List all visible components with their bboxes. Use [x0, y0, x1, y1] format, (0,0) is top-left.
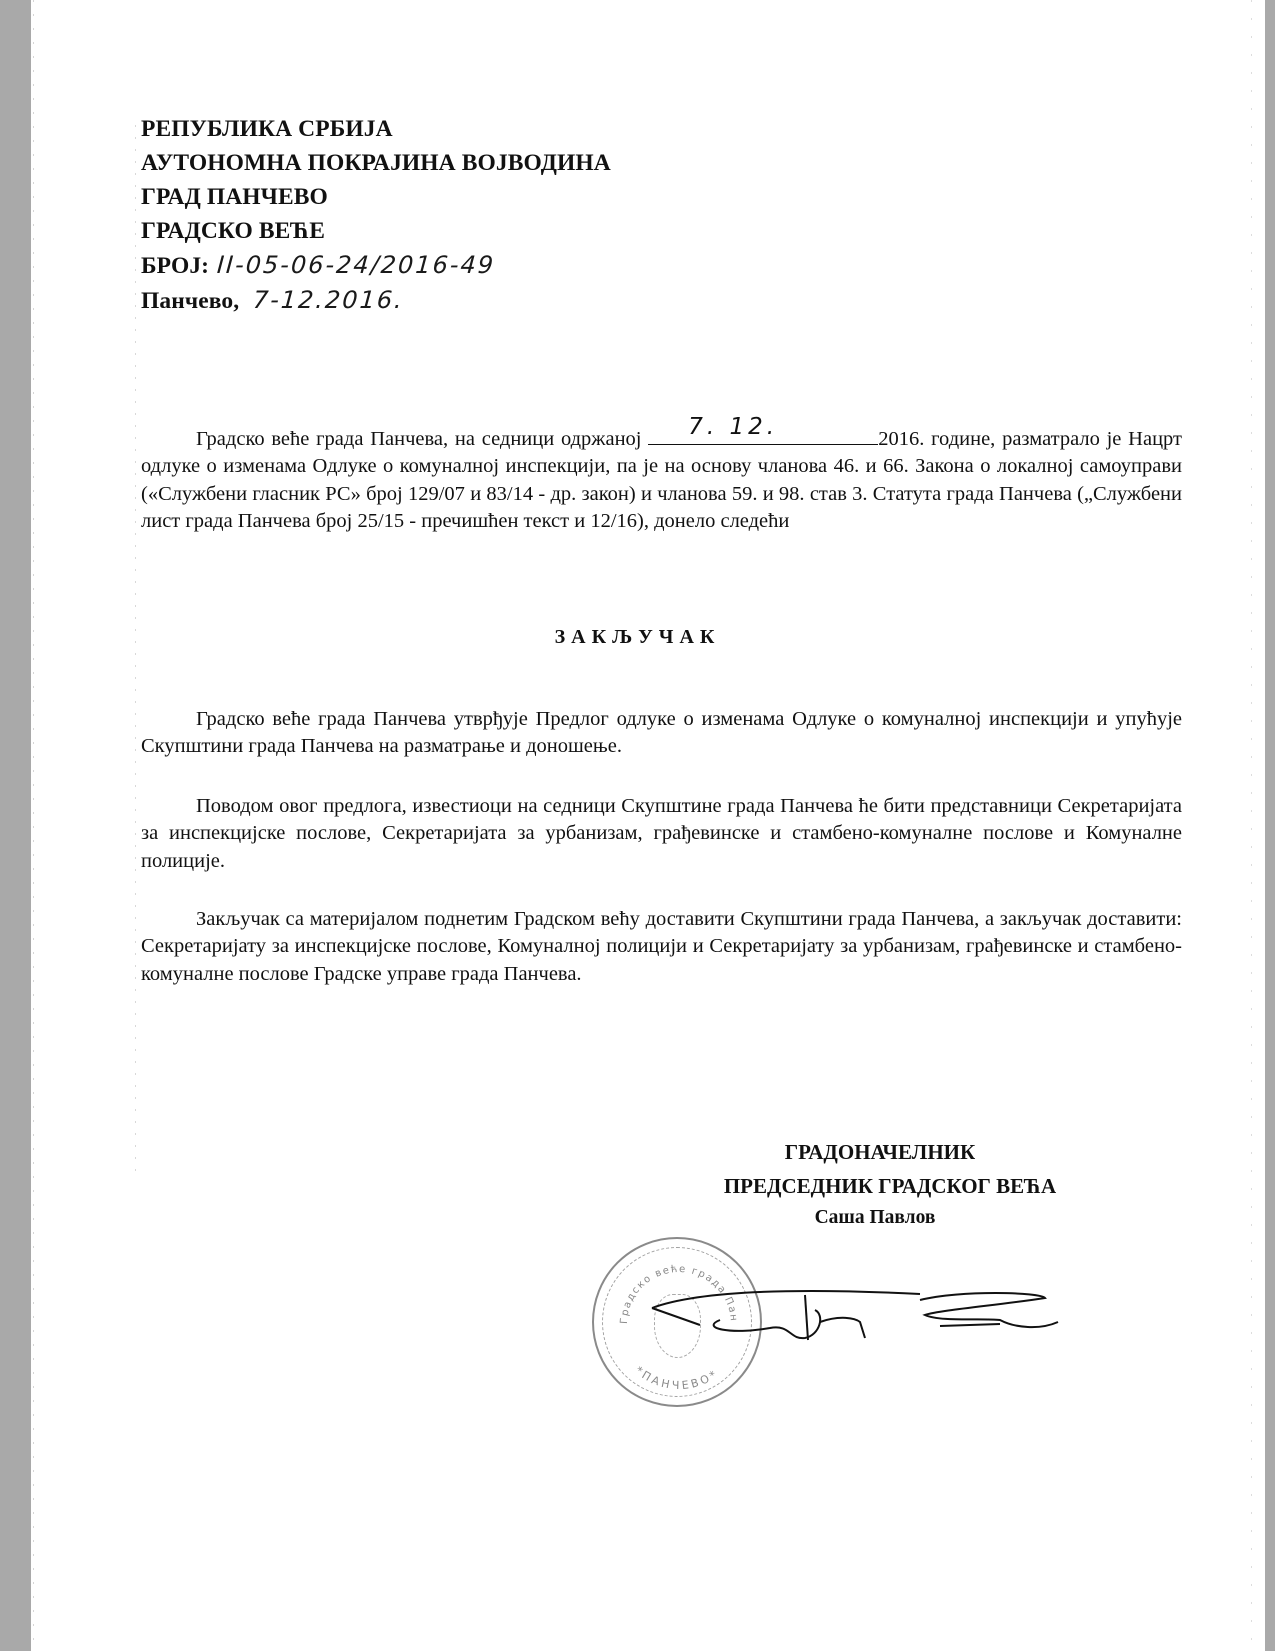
- header-province: АУТОНОМНА ПОКРАЈИНА ВОЈВОДИНА: [141, 146, 611, 180]
- signatory-name: Саша Павлов: [670, 1203, 1080, 1233]
- number-value-handwritten: II-05-06-24/2016-49: [216, 248, 497, 282]
- signatory-title-mayor: ГРАДОНАЧЕЛНИК: [680, 1135, 1080, 1169]
- scan-edge-left: [0, 0, 31, 1651]
- handwritten-signature: [640, 1280, 1060, 1350]
- scan-edge-right: [1265, 0, 1275, 1651]
- signatory-title-president: ПРЕДСЕДНИК ГРАДСКОГ ВЕЋА: [700, 1169, 1080, 1203]
- intro-text-start: Градско веће града Панчева, на седници о…: [196, 428, 642, 450]
- header-council: ГРАДСКО ВЕЋЕ: [141, 214, 611, 248]
- intro-paragraph: Градско веће града Панчева, на седници о…: [141, 424, 1182, 536]
- session-date-handwritten: 7. 12.: [688, 414, 778, 441]
- document-number: БРОЈ:II-05-06-24/2016-49: [141, 248, 611, 283]
- date-value-handwritten: 7-12.2016.: [252, 283, 405, 317]
- header-country: РЕПУБЛИКА СРБИЈА: [141, 112, 611, 146]
- header-city: ГРАД ПАНЧЕВО: [141, 180, 611, 214]
- paragraph-3-text: Закључак са материјалом поднетим Градско…: [141, 908, 1182, 985]
- paragraph-3: Закључак са материјалом поднетим Градско…: [141, 906, 1182, 988]
- scan-artifact: [1251, 0, 1252, 1651]
- scan-artifact: [33, 0, 34, 1651]
- paragraph-2-text: Поводом овог предлога, известиоци на сед…: [141, 795, 1182, 872]
- document-place-date: Панчево,7-12.2016.: [141, 283, 611, 318]
- paragraph-1-text: Градско веће града Панчева утврђује Пред…: [141, 708, 1182, 757]
- paragraph-2: Поводом овог предлога, известиоци на сед…: [141, 793, 1182, 875]
- place-label: Панчево,: [141, 288, 239, 314]
- scan-artifact: [135, 125, 136, 1175]
- number-label: БРОЈ:: [141, 253, 209, 279]
- signature-block: ГРАДОНАЧЕЛНИК ПРЕДСЕДНИК ГРАДСКОГ ВЕЋА С…: [680, 1135, 1080, 1233]
- document-title: ЗАКЉУЧАК: [0, 626, 1275, 649]
- svg-text:*ПАНЧЕВО*: *ПАНЧЕВО*: [633, 1364, 722, 1392]
- session-date-blank: 7. 12.: [648, 424, 878, 445]
- paragraph-1: Градско веће града Панчева утврђује Пред…: [141, 706, 1182, 761]
- document-header: РЕПУБЛИКА СРБИЈА АУТОНОМНА ПОКРАЈИНА ВОЈ…: [141, 112, 611, 318]
